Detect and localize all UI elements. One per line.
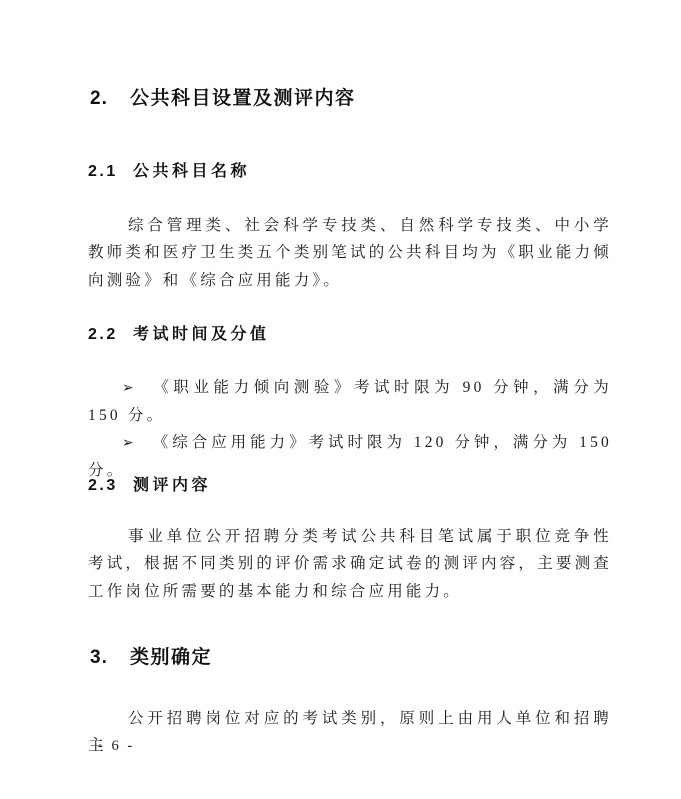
section-2-number: 2.	[90, 87, 130, 110]
section-2-3-number: 2.3	[88, 476, 133, 496]
section-3-heading: 3.类别确定	[90, 646, 212, 669]
section-2-3-heading: 2.3测评内容	[88, 476, 211, 496]
section-3-title: 类别确定	[130, 647, 212, 668]
page-number: - 6 -	[98, 738, 135, 755]
section-2-3-paragraph: 事业单位公开招聘分类考试公共科目笔试属于职位竞争性考试，根据不同类别的评价需求确…	[88, 523, 612, 605]
section-2-1-number: 2.1	[88, 162, 133, 182]
arrow-bullet-icon: ➢	[122, 375, 152, 402]
section-2-2-number: 2.2	[88, 325, 133, 345]
bullet-item-exam-time-1: ➢《职业能力倾向测验》考试时限为 90 分钟，满分为 150 分。	[88, 374, 612, 430]
section-2-2-heading: 2.2考试时间及分值	[88, 325, 270, 345]
section-2-1-title: 公共科目名称	[133, 163, 250, 180]
section-2-heading: 2.公共科目设置及测评内容	[90, 87, 356, 110]
section-3-number: 3.	[90, 646, 130, 669]
section-2-2-title: 考试时间及分值	[133, 326, 270, 343]
arrow-bullet-icon: ➢	[122, 430, 152, 457]
bullet-text: 《综合应用能力》考试时限为 120 分钟，满分为 150 分。	[88, 434, 612, 479]
section-2-3-title: 测评内容	[133, 477, 211, 494]
section-2-1-heading: 2.1公共科目名称	[88, 162, 250, 182]
bullet-text: 《职业能力倾向测验》考试时限为 90 分钟，满分为 150 分。	[88, 379, 612, 424]
section-2-title: 公共科目设置及测评内容	[130, 88, 356, 109]
section-2-1-paragraph: 综合管理类、社会科学专技类、自然科学专技类、中小学教师类和医疗卫生类五个类别笔试…	[88, 212, 612, 294]
section-3-paragraph: 公开招聘岗位对应的考试类别，原则上由用人单位和招聘主	[88, 705, 612, 760]
document-page: 2.公共科目设置及测评内容 2.1公共科目名称 综合管理类、社会科学专技类、自然…	[0, 0, 681, 799]
